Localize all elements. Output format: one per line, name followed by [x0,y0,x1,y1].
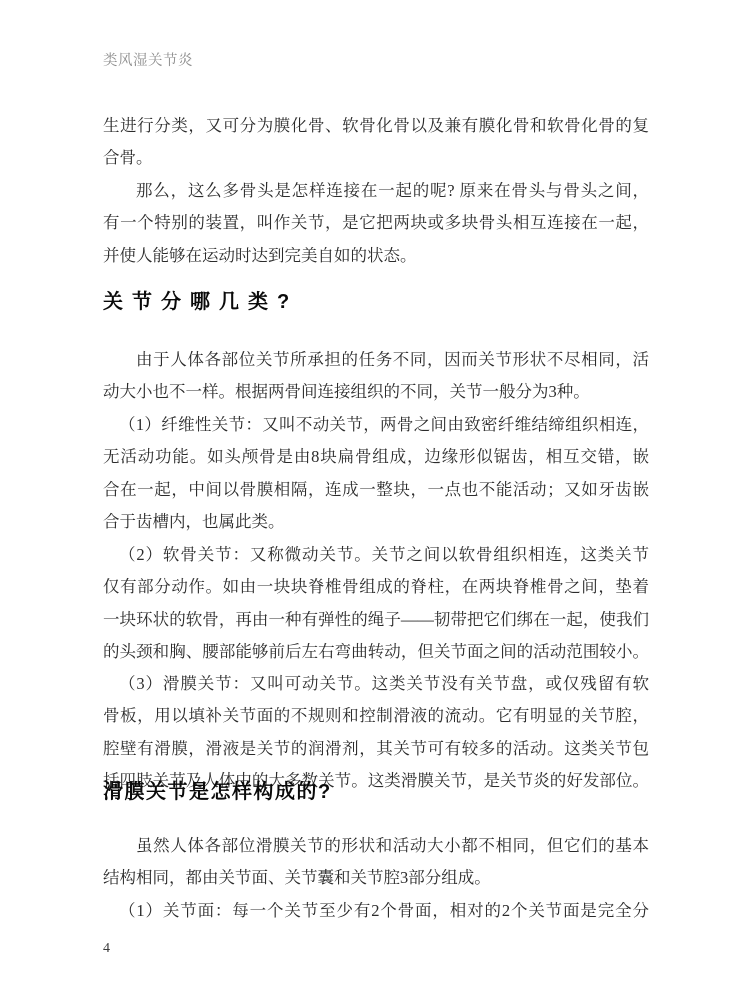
text-line: （1）关节面：每一个关节至少有2个骨面，相对的2个关节面是完全分 [103,895,649,927]
text-line: 骨板，用以填补关节面的不规则和控制滑液的流动。它有明显的关节腔， [103,700,649,732]
text-line: （2）软骨关节：又称微动关节。关节之间以软骨组织相连，这类关节 [103,539,649,571]
text-line: 生进行分类，又可分为膜化骨、软骨化骨以及兼有膜化骨和软骨化骨的复 [103,110,649,142]
text-line: 合于齿槽内，也属此类。 [103,506,649,538]
text-line: 有一个特别的装置，叫作关节，是它把两块或多块骨头相互连接在一起， [103,207,649,239]
paragraph: 生进行分类，又可分为膜化骨、软骨化骨以及兼有膜化骨和软骨化骨的复合骨。 [103,110,649,175]
paragraph: （1）关节面：每一个关节至少有2个骨面，相对的2个关节面是完全分 [103,895,649,927]
paragraph: （2）软骨关节：又称微动关节。关节之间以软骨组织相连，这类关节仅有部分动作。如由… [103,539,649,669]
text-line: 仅有部分动作。如由一块块脊椎骨组成的脊柱，在两块脊椎骨之间，垫着 [103,571,649,603]
paragraph: 由于人体各部位关节所承担的任务不同，因而关节形状不尽相同，活动大小也不一样。根据… [103,344,649,409]
text-line: 由于人体各部位关节所承担的任务不同，因而关节形状不尽相同，活 [103,344,649,376]
text-line: 无活动功能。如头颅骨是由8块扁骨组成，边缘形似锯齿，相互交错，嵌 [103,441,649,473]
text-line: （1）纤维性关节：又叫不动关节，两骨之间由致密纤维结缔组织相连， [103,409,649,441]
page-number: 4 [103,940,110,958]
content: 生进行分类，又可分为膜化骨、软骨化骨以及兼有膜化骨和软骨化骨的复合骨。那么，这么… [103,0,649,1000]
text-line: 并使人能够在运动时达到完美自如的状态。 [103,240,649,272]
text-line: 结构相同，都由关节面、关节囊和关节腔3部分组成。 [103,862,649,894]
book-page: 类风湿关节炎 生进行分类，又可分为膜化骨、软骨化骨以及兼有膜化骨和软骨化骨的复合… [0,0,750,1000]
section-heading: 滑膜关节是怎样构成的? [103,779,649,806]
paragraph: 那么，这么多骨头是怎样连接在一起的呢? 原来在骨头与骨头之间，有一个特别的装置，… [103,175,649,272]
paragraph: 虽然人体各部位滑膜关节的形状和活动大小都不相同，但它们的基本结构相同，都由关节面… [103,830,649,895]
text-line: 合骨。 [103,142,649,174]
text-line: 合在一起，中间以骨膜相隔，连成一整块，一点也不能活动；又如牙齿嵌 [103,474,649,506]
text-line: （3）滑膜关节：又叫可动关节。这类关节没有关节盘，或仅残留有软 [103,668,649,700]
text-line: 腔壁有滑膜，滑液是关节的润滑剂，其关节可有较多的活动。这类关节包 [103,733,649,765]
text-line: 的头颈和胸、腰部能够前后左右弯曲转动，但关节面之间的活动范围较小。 [103,636,649,668]
section-heading: 关节分哪几类? [103,289,649,316]
paragraph: （1）纤维性关节：又叫不动关节，两骨之间由致密纤维结缔组织相连，无活动功能。如头… [103,409,649,539]
text-line: 一块环状的软骨，再由一种有弹性的绳子——韧带把它们绑在一起，使我们 [103,604,649,636]
text-line: 那么，这么多骨头是怎样连接在一起的呢? 原来在骨头与骨头之间， [103,175,649,207]
text-line: 动大小也不一样。根据两骨间连接组织的不同，关节一般分为3种。 [103,376,649,408]
text-line: 虽然人体各部位滑膜关节的形状和活动大小都不相同，但它们的基本 [103,830,649,862]
